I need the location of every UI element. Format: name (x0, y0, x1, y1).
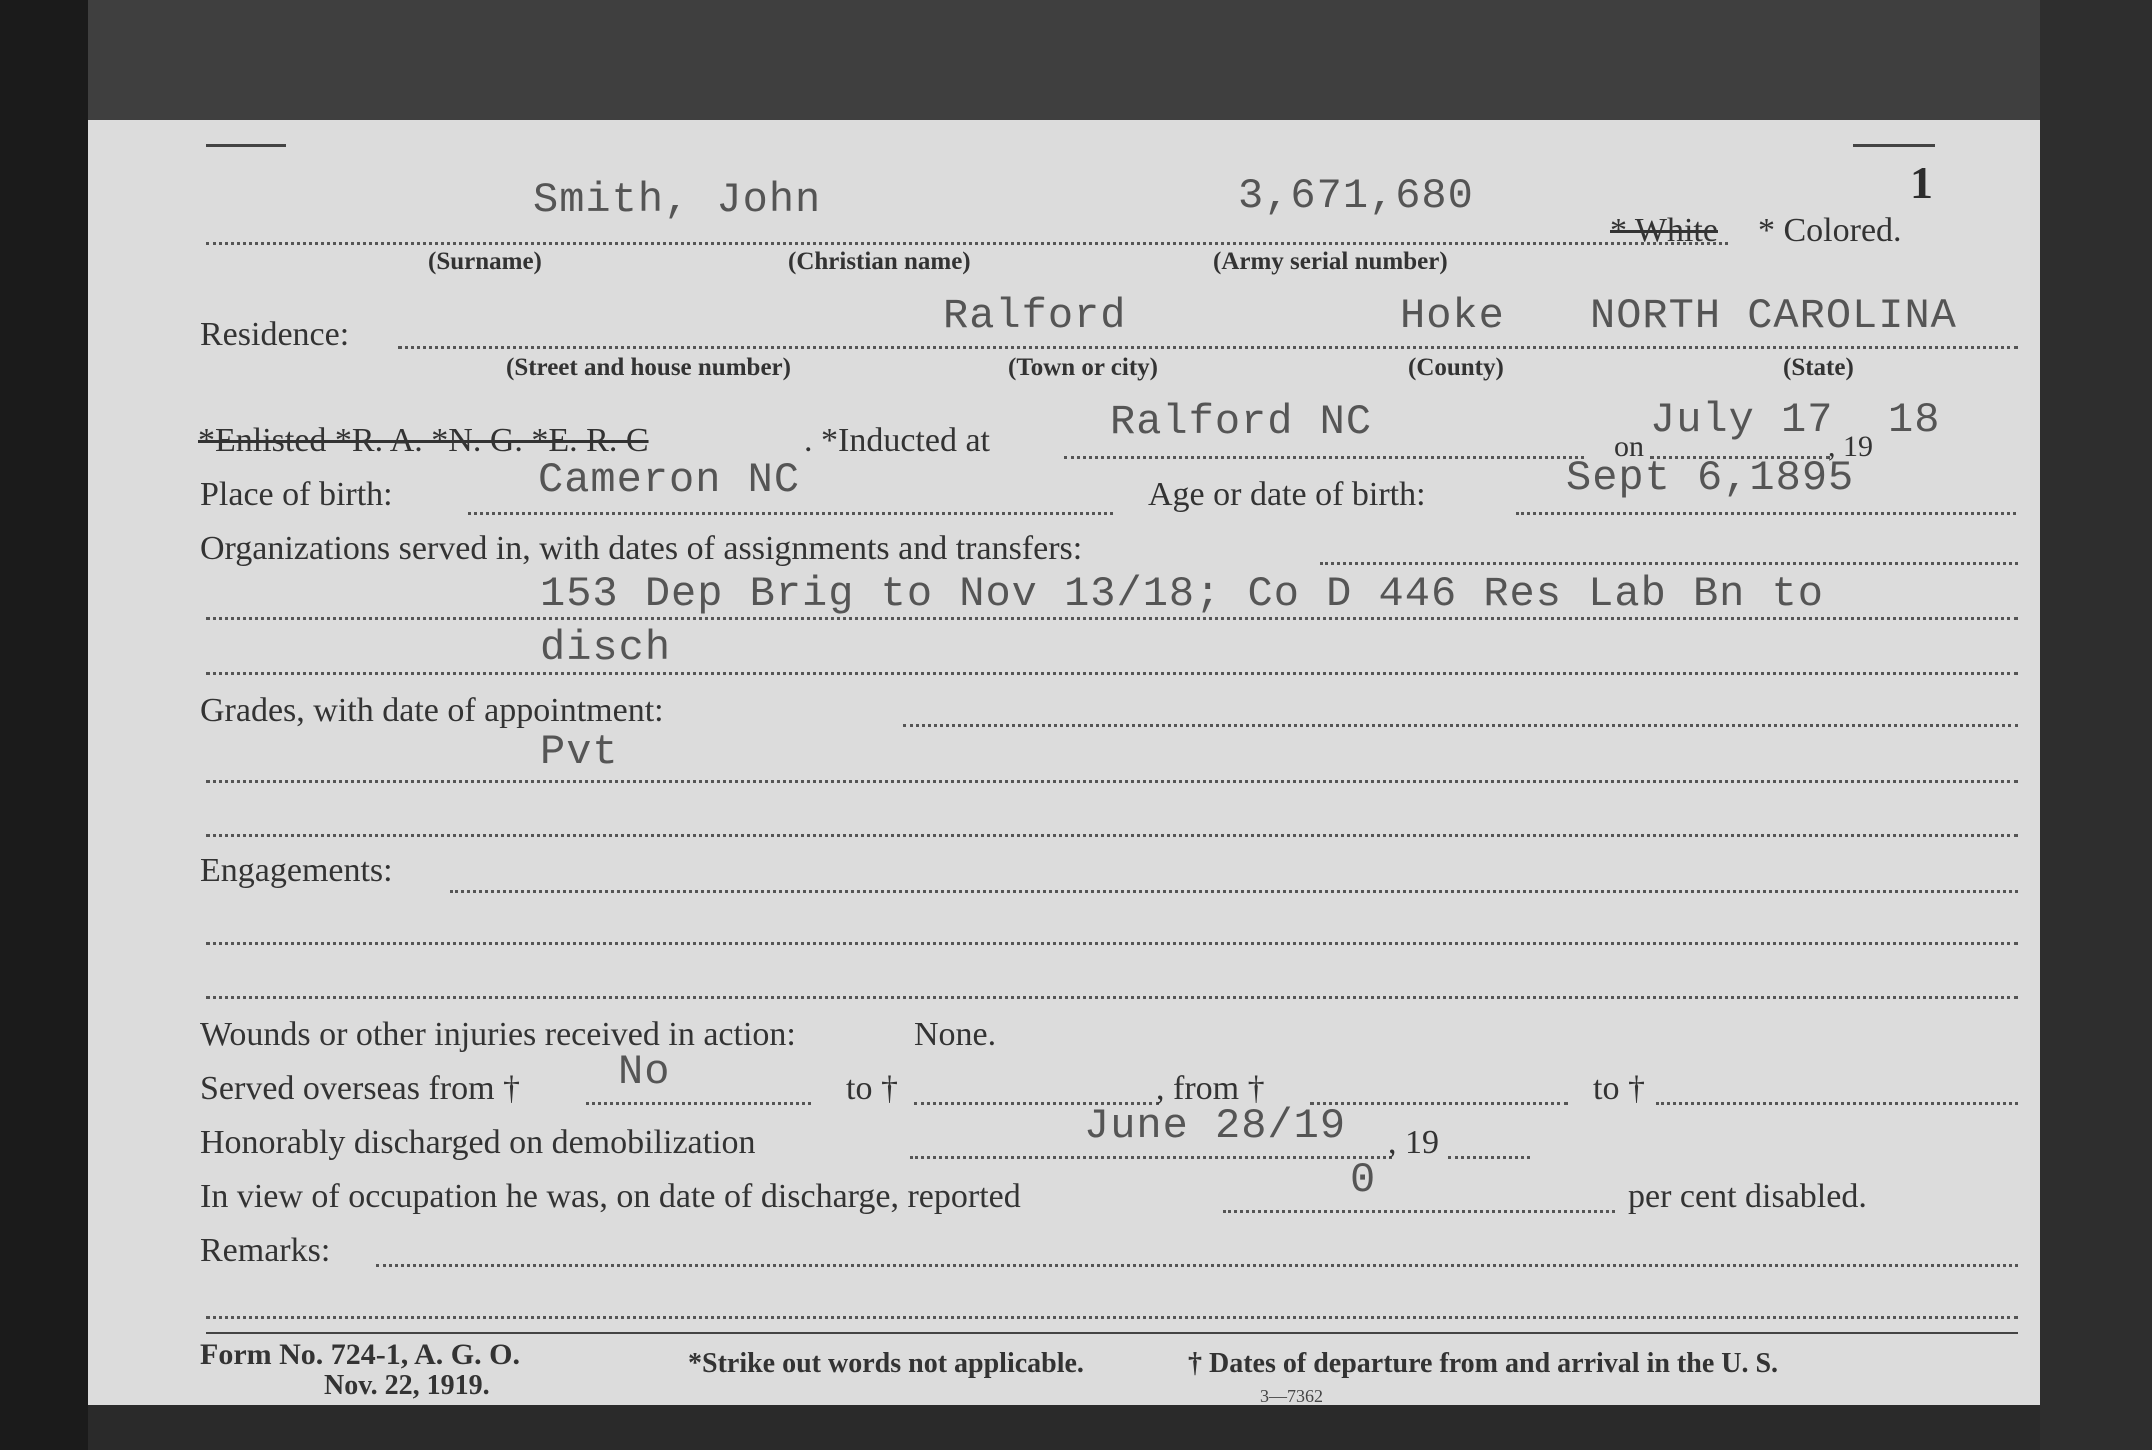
disability-value: 0 (1350, 1156, 1376, 1204)
overseas-from2-line (1310, 1102, 1568, 1105)
street-caption: (Street and house number) (506, 354, 791, 382)
organizations-line2: disch (540, 624, 671, 672)
birthplace-line (468, 512, 1113, 515)
overseas-from-line (586, 1102, 811, 1105)
disability-label: In view of occupation he was, on date of… (200, 1178, 1021, 1216)
induction-place-line (1064, 456, 1584, 459)
scan-border-right (2040, 0, 2152, 1450)
grades-line-0 (903, 724, 2018, 727)
birthdate-value: Sept 6,1895 (1566, 454, 1854, 502)
residence-town: Ralford (943, 292, 1126, 340)
engagements-line-2 (206, 996, 2018, 999)
overseas-to2-label: to † (1593, 1070, 1645, 1108)
scan-border-bottom (88, 1405, 2040, 1450)
enlistment-options-struck: *Enlisted *R. A. *N. G. *E. R. C (198, 422, 649, 460)
organizations-line-1 (206, 617, 2018, 620)
induction-place: Ralford NC (1110, 398, 1372, 446)
name-line (206, 242, 1728, 245)
discharge-date: June 28/19 (1084, 1102, 1346, 1150)
grades-label: Grades, with date of appointment: (200, 692, 664, 730)
footer-rule (206, 1332, 2018, 1334)
birthplace-label: Place of birth: (200, 476, 393, 514)
remarks-label: Remarks: (200, 1232, 330, 1270)
county-caption: (County) (1408, 354, 1504, 382)
state-caption: (State) (1783, 354, 1854, 382)
town-caption: (Town or city) (1008, 354, 1158, 382)
serial-value: 3,671,680 (1238, 172, 1474, 220)
engagements-line-1 (206, 942, 2018, 945)
wounds-label: Wounds or other injuries received in act… (200, 1016, 796, 1054)
organizations-line1: 153 Dep Brig to Nov 13/18; Co D 446 Res … (540, 570, 1824, 618)
form-date: Nov. 22, 1919. (324, 1370, 490, 1402)
overseas-to-label: to † (846, 1070, 898, 1108)
form-number: Form No. 724-1, A. G. O. (200, 1338, 520, 1372)
serial-caption: (Army serial number) (1213, 248, 1448, 276)
service-record-card: 1 Smith, John 3,671,680 * White * Colore… (88, 120, 2040, 1405)
strike-note: *Strike out words not applicable. (688, 1348, 1084, 1380)
top-right-rule (1853, 144, 1935, 147)
overseas-from-value: No (618, 1048, 670, 1096)
overseas-to2-line (1656, 1102, 2018, 1105)
race-colored: * Colored. (1758, 212, 1902, 250)
grades-line-2 (206, 834, 2018, 837)
disability-suffix: per cent disabled. (1628, 1178, 1867, 1216)
discharge-year-label: , 19 (1388, 1124, 1439, 1162)
induction-year: 18 (1888, 396, 1940, 444)
engagements-label: Engagements: (200, 852, 393, 890)
residence-state: NORTH CAROLINA (1590, 292, 1957, 340)
name-value: Smith, John (533, 176, 821, 224)
grades-line-1 (206, 780, 2018, 783)
surname-caption: (Surname) (428, 248, 542, 276)
residence-label: Residence: (200, 316, 349, 354)
organizations-line-2 (206, 672, 2018, 675)
scan-border-left (0, 0, 88, 1450)
discharge-label: Honorably discharged on demobilization (200, 1124, 756, 1162)
grades-value: Pvt (540, 728, 619, 776)
remarks-line-0 (376, 1264, 2018, 1267)
remarks-line-1 (206, 1316, 2018, 1319)
overseas-label: Served overseas from † (200, 1070, 520, 1108)
discharge-line (910, 1156, 1392, 1159)
print-code: 3—7362 (1260, 1386, 1323, 1407)
residence-county: Hoke (1400, 292, 1505, 340)
birthdate-line (1516, 512, 2016, 515)
wounds-value: None. (914, 1016, 996, 1054)
race-white-struck: * White (1610, 212, 1718, 250)
engagements-line-0 (450, 890, 2018, 893)
card-number: 1 (1910, 156, 1933, 209)
dates-note: † Dates of departure from and arrival in… (1188, 1348, 1778, 1380)
christian-name-caption: (Christian name) (788, 248, 971, 276)
top-left-rule (206, 144, 286, 147)
residence-line (398, 346, 2018, 349)
scan-border-top (88, 0, 2040, 120)
disability-line (1223, 1210, 1615, 1213)
inducted-at-label: . *Inducted at (804, 422, 990, 460)
discharge-year-line (1448, 1156, 1530, 1159)
birthdate-label: Age or date of birth: (1148, 476, 1426, 514)
birthplace-value: Cameron NC (538, 456, 800, 504)
induction-date: July 17 (1650, 396, 1833, 444)
organizations-line-0 (1320, 562, 2018, 565)
organizations-label: Organizations served in, with dates of a… (200, 530, 1082, 568)
